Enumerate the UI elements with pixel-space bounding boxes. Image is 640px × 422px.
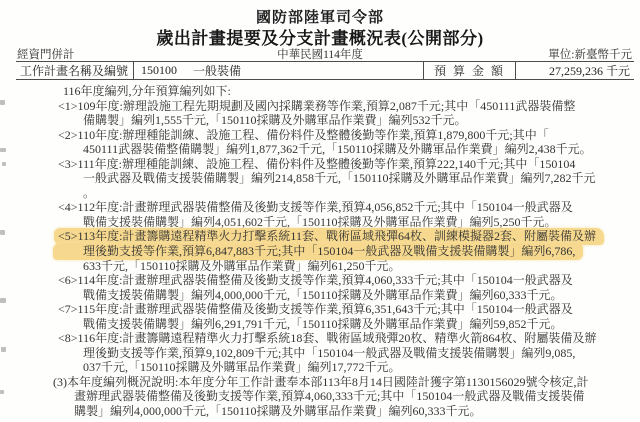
plan-name: 一般裝備 xyxy=(193,62,241,79)
body-line: <6>114年度:計畫辦理武器裝備整備及後勤支援等作業,預算4,060,333千… xyxy=(0,273,640,288)
body-line: 633千元,「150110採購及外購軍品作業費」編列61,250千元。 xyxy=(0,259,640,274)
body-line: 一般武器及戰備支援裝備購製」編列214,858千元,「150110採購及外購軍品… xyxy=(0,171,640,186)
scan-artifact xyxy=(1,347,6,352)
body-line: 理後勤支援等作業,預算9,102,809千元;其中「150104一般武器及戰備支… xyxy=(0,346,640,361)
body-line: 450111武器裝備整備購製」編列1,877,362千元,「150110採購及外… xyxy=(0,142,640,157)
plan-code: 150100 xyxy=(141,63,177,78)
body-line: 畫辦理武器裝備整備及後勤支援等作業,預算4,060,333千元;其中「15010… xyxy=(0,389,640,404)
scan-artifact xyxy=(0,298,6,303)
body-line: (3)本年度編列概況說明:本年度分年工作計畫奉本部113年8月14日國陸計獲字第… xyxy=(0,375,640,390)
body-line: 037千元,「150110採購及外購軍品作業費」編列17,772千元。 xyxy=(0,360,640,375)
body-line: <4>112年度:計畫辦理武器裝備整備及後勤支援等作業,預算4,056,852千… xyxy=(0,200,640,215)
scan-artifact xyxy=(0,148,6,152)
body-line: 備購製」編列1,555千元,「150110採購及外購軍品作業費」編列532千元。 xyxy=(0,113,640,128)
body-line: 116年度編列,分年預算編列如下: xyxy=(0,84,640,99)
scan-artifact xyxy=(0,230,5,235)
body-line: <2>110年度:辦理種能訓練、設施工程、備份料件及整體後勤等作業,預算1,87… xyxy=(0,128,640,143)
work-plan-label-cell: 工作計畫名稱及編號 xyxy=(16,62,133,79)
work-plan-value-cell: 150100 一般裝備 xyxy=(133,62,423,79)
body-line: <3>111年度:辦理種能訓練、設施工程、備份料件及整體後勤等作業,預算222,… xyxy=(0,157,640,172)
body-line: 購製」編列4,000,000千元,「150110採購及外購軍品作業費」編列60,… xyxy=(0,404,640,419)
body-line: 戰備支援裝備購製」編列6,291,791千元,「150110採購及外購軍品作業費… xyxy=(0,317,640,332)
body-line: <7>115年度:計畫辦理武器裝備整備及後勤支援等作業,預算6,351,643千… xyxy=(0,302,640,317)
body-line: <8>116年度:計畫籌購遠程精準火力打擊系統18套、戰術區域飛彈20枚、精準火… xyxy=(0,331,640,346)
body-line: <5>113年度:計畫籌購遠程精準火力打擊系統11套、戰術區域飛彈64枚、訓練模… xyxy=(0,229,640,244)
body-line: <1>109年度:辦理設施工程先期規劃及國內採購業務等作業,預算2,087千元;… xyxy=(0,99,640,114)
body-line: 理後勤支援等作業,預算6,847,883千元;其中「150104一般武器及戰備支… xyxy=(0,244,640,259)
meta-row: 經資門併計 中華民國114年度 單位:新臺幣千元 xyxy=(0,46,640,60)
body-line: 。 xyxy=(0,186,640,201)
scan-artifact xyxy=(0,100,5,105)
budget-label-cell: 預 算 金 額 xyxy=(423,62,515,79)
body-line: 戰備支援裝備購製」編列4,000,000千元,「150110採購及外購軍品作業費… xyxy=(0,288,640,303)
scan-artifact xyxy=(0,390,4,394)
meta-unit: 單位:新臺幣千元 xyxy=(548,46,632,62)
meta-fiscal-year: 中華民國114年度 xyxy=(0,46,640,62)
work-plan-summary-row: 工作計畫名稱及編號 150100 一般裝備 預 算 金 額 27,259,236… xyxy=(16,61,634,80)
highlight-marker: 理後勤支援等作業,預算6,847,883千元;其中「150104一般武器及戰備支… xyxy=(53,243,583,260)
budget-amount-cell: 27,259,236 千元 xyxy=(515,62,634,79)
document-page: 國防部陸軍司令部 歲出計畫提要及分支計畫概況表(公開部分) 經資門併計 中華民國… xyxy=(0,0,640,422)
body-text: 116年度編列,分年預算編列如下:<1>109年度:辦理設施工程先期規劃及國內採… xyxy=(0,84,640,419)
scan-artifact xyxy=(2,162,6,166)
